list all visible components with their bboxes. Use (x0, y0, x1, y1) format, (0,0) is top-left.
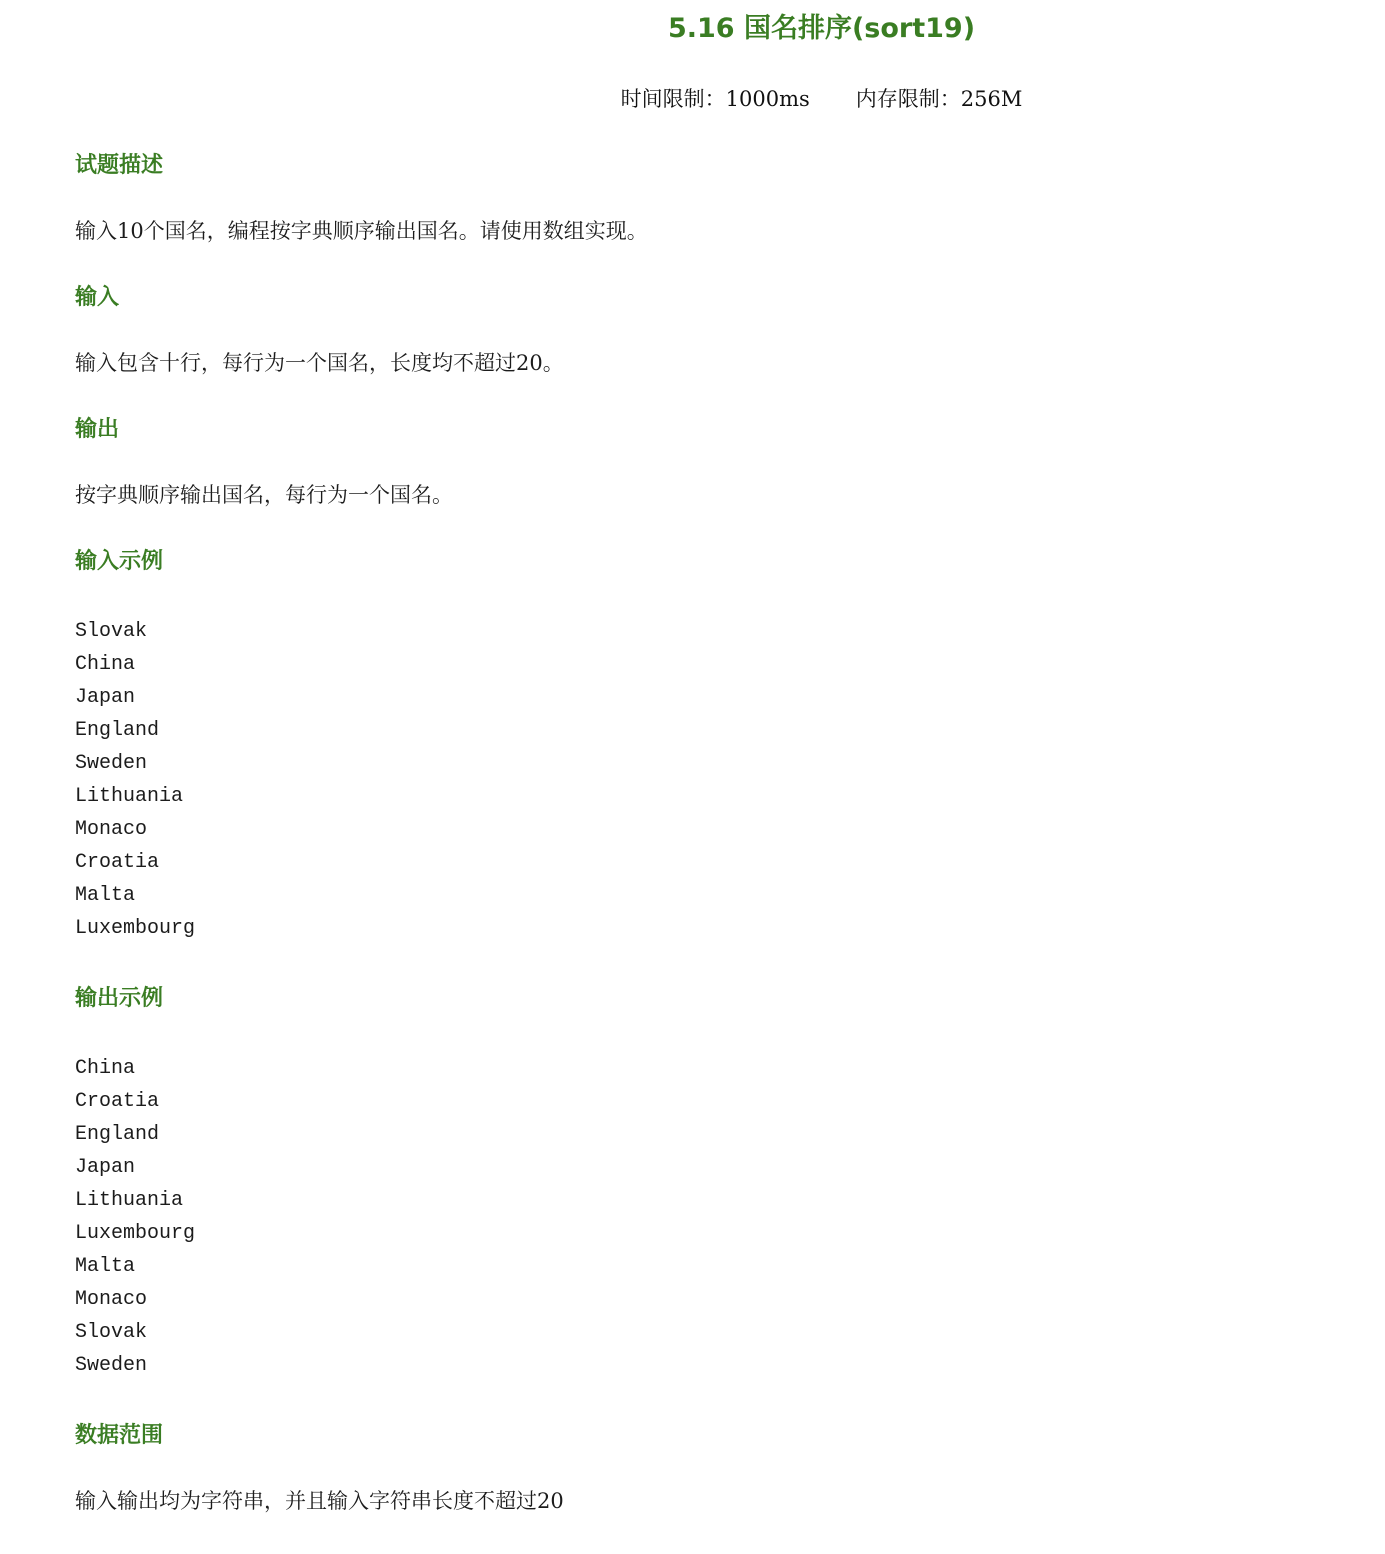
problem-document: 5.16 国名排序(sort19) 时间限制：1000ms内存限制：256M 试… (0, 0, 1385, 1514)
section-heading-input: 输入 (75, 284, 1325, 311)
input-sample-line: Lithuania (75, 780, 1325, 813)
section-heading-data-range: 数据范围 (75, 1422, 1325, 1449)
output-sample-line: Croatia (75, 1085, 1325, 1118)
section-heading-input-sample: 输入示例 (75, 548, 1325, 575)
section-heading-output-sample: 输出示例 (75, 985, 1325, 1012)
output-sample-line: Japan (75, 1151, 1325, 1184)
input-sample-line: Luxembourg (75, 912, 1325, 945)
limits-line: 时间限制：1000ms内存限制：256M (258, 86, 1385, 112)
input-sample-line: Japan (75, 681, 1325, 714)
output-sample-line: Sweden (75, 1349, 1325, 1382)
input-sample-line: England (75, 714, 1325, 747)
output-sample-list: China Croatia England Japan Lithuania Lu… (75, 1052, 1325, 1382)
output-sample-line: Monaco (75, 1283, 1325, 1316)
memory-limit-label: 内存限制： (856, 87, 961, 111)
document-header: 5.16 国名排序(sort19) 时间限制：1000ms内存限制：256M (258, 0, 1385, 112)
time-limit-value: 1000ms (726, 87, 810, 111)
input-sample-line: Sweden (75, 747, 1325, 780)
section-heading-description: 试题描述 (75, 152, 1325, 179)
document-body: 试题描述 输入10个国名，编程按字典顺序输出国名。请使用数组实现。 输入 输入包… (75, 152, 1325, 1514)
output-sample-line: England (75, 1118, 1325, 1151)
input-sample-list: Slovak China Japan England Sweden Lithua… (75, 615, 1325, 945)
output-sample-line: Slovak (75, 1316, 1325, 1349)
output-spec-text: 按字典顺序输出国名，每行为一个国名。 (75, 483, 1325, 508)
input-sample-line: Croatia (75, 846, 1325, 879)
output-sample-line: Luxembourg (75, 1217, 1325, 1250)
page-title: 5.16 国名排序(sort19) (258, 10, 1385, 48)
input-sample-line: China (75, 648, 1325, 681)
input-spec-text: 输入包含十行，每行为一个国名，长度均不超过20。 (75, 351, 1325, 376)
output-sample-line: Lithuania (75, 1184, 1325, 1217)
data-range-text: 输入输出均为字符串，并且输入字符串长度不超过20 (75, 1489, 1325, 1514)
output-sample-line: Malta (75, 1250, 1325, 1283)
input-sample-line: Malta (75, 879, 1325, 912)
input-sample-line: Monaco (75, 813, 1325, 846)
section-heading-output: 输出 (75, 416, 1325, 443)
memory-limit-value: 256M (961, 87, 1023, 111)
time-limit-label: 时间限制： (621, 87, 726, 111)
input-sample-line: Slovak (75, 615, 1325, 648)
description-text: 输入10个国名，编程按字典顺序输出国名。请使用数组实现。 (75, 219, 1325, 244)
output-sample-line: China (75, 1052, 1325, 1085)
